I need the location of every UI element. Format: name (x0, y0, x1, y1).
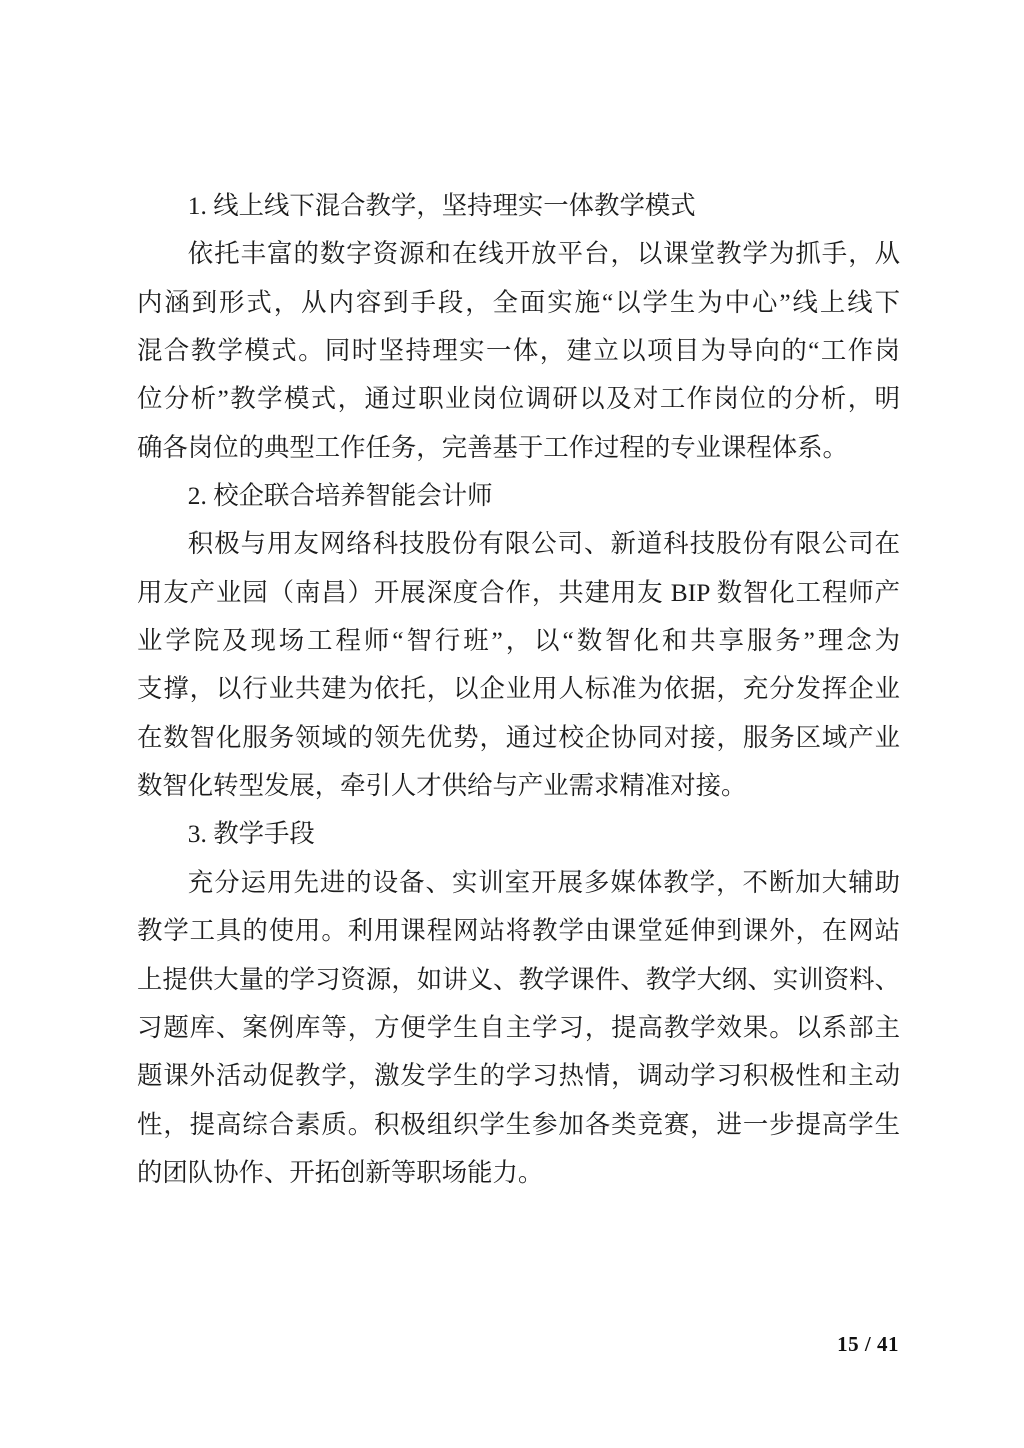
heading-line: 1. 线上线下混合教学，坚持理实一体教学模式 (137, 182, 900, 230)
body-text-line: 教学工具的使用。利用课程网站将教学由课堂延伸到课外，在网站 (137, 907, 900, 955)
body-text-line: 性，提高综合素质。积极组织学生参加各类竞赛，进一步提高学生 (137, 1101, 900, 1149)
body-text-line: 依托丰富的数字资源和在线开放平台，以课堂教学为抓手，从 (137, 230, 900, 278)
body-text-line: 确各岗位的典型工作任务，完善基于工作过程的专业课程体系。 (137, 424, 900, 472)
heading-line: 3. 教学手段 (137, 810, 900, 858)
body-text-line: 内涵到形式，从内容到手段，全面实施“以学生为中心”线上线下 (137, 279, 900, 327)
body-text-line: 充分运用先进的设备、实训室开展多媒体教学，不断加大辅助 (137, 859, 900, 907)
document-page: 1. 线上线下混合教学，坚持理实一体教学模式依托丰富的数字资源和在线开放平台，以… (0, 0, 1024, 1448)
body-text-line: 在数智化服务领域的领先优势，通过校企协同对接，服务区域产业 (137, 714, 900, 762)
page-footer: 15 / 41 (137, 1332, 899, 1357)
body-text-line: 用友产业园（南昌）开展深度合作，共建用友 BIP 数智化工程师产 (137, 569, 900, 617)
body-text-line: 上提供大量的学习资源，如讲义、教学课件、教学大纲、实训资料、 (137, 956, 900, 1004)
heading-line: 2. 校企联合培养智能会计师 (137, 472, 900, 520)
document-body: 1. 线上线下混合教学，坚持理实一体教学模式依托丰富的数字资源和在线开放平台，以… (137, 182, 900, 1197)
body-text-line: 积极与用友网络科技股份有限公司、新道科技股份有限公司在 (137, 520, 900, 568)
body-text-line: 数智化转型发展，牵引人才供给与产业需求精准对接。 (137, 762, 900, 810)
body-text-line: 支撑，以行业共建为依托，以企业用人标准为依据，充分发挥企业 (137, 665, 900, 713)
body-text-line: 题课外活动促教学，激发学生的学习热情，调动学习积极性和主动 (137, 1052, 900, 1100)
body-text-line: 的团队协作、开拓创新等职场能力。 (137, 1149, 900, 1197)
body-text-line: 习题库、案例库等，方便学生自主学习，提高教学效果。以系部主 (137, 1004, 900, 1052)
body-text-line: 业学院及现场工程师“智行班”，以“数智化和共享服务”理念为 (137, 617, 900, 665)
body-text-line: 混合教学模式。同时坚持理实一体，建立以项目为导向的“工作岗 (137, 327, 900, 375)
body-text-line: 位分析”教学模式，通过职业岗位调研以及对工作岗位的分析，明 (137, 375, 900, 423)
page-number: 15 / 41 (837, 1332, 899, 1356)
